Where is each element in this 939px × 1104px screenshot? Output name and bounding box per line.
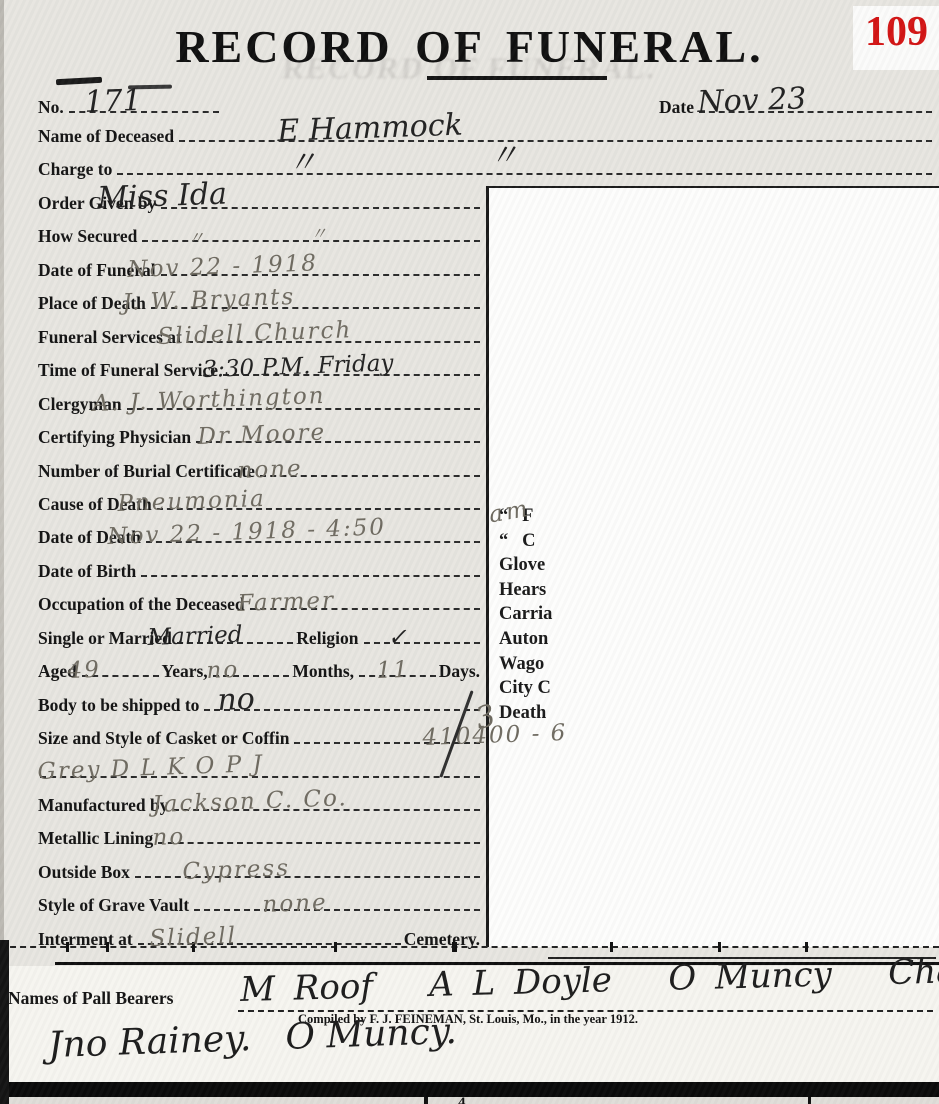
date-label: Date <box>659 99 697 119</box>
field-label: Metallic Lining <box>38 830 156 850</box>
form-row-2: Order Given byMiss Ida <box>38 184 483 214</box>
handwritten-value: Married <box>147 622 243 651</box>
field-label: Number of Burial Certificate <box>38 463 258 483</box>
handwritten-value: Cypress <box>182 855 290 885</box>
form-row-22: Outside BoxCypress <box>38 853 483 883</box>
dotted-rule <box>194 909 480 911</box>
form-row-14: Occupation of the DeceasedFarmer <box>38 585 483 615</box>
field-label: Outside Box <box>38 864 133 884</box>
right-column-overlay: “ F“ CGloveHearsCarriaAutonWagoCity CDea… <box>486 186 939 947</box>
handwritten-value: no <box>206 657 240 684</box>
next-page-edge-strip: 4. <box>0 1097 939 1104</box>
field-label: Charge to <box>38 161 115 181</box>
handwritten-value: A. J. Worthington <box>92 383 326 417</box>
no-label: No. <box>38 99 67 119</box>
field-label: Style of Grave Vault <box>38 897 192 917</box>
form-row-7: Time of Funeral Service3:30 P.M. Friday <box>38 351 483 381</box>
handwritten-value: Nov 22 - 1918 <box>127 250 318 283</box>
dotted-rule <box>117 173 932 175</box>
ruler-tick <box>805 942 808 952</box>
title-underline-rule <box>427 76 607 80</box>
scan-black-band <box>0 1082 939 1097</box>
form-row-9: Certifying PhysicianDr Moore <box>38 418 483 448</box>
form-row-23: Style of Grave Vaultnone <box>38 886 483 916</box>
right-column-partial-label: Glove <box>499 555 545 576</box>
ruler-tick <box>610 942 613 952</box>
field-label: Religion <box>296 630 361 650</box>
page-number: 109 <box>865 8 928 56</box>
dotted-rule <box>158 842 480 844</box>
field-label: Years, <box>162 663 211 683</box>
handwritten-value: 3:30 P.M. Friday <box>202 350 394 383</box>
scan-left-black-bar <box>0 940 9 1104</box>
handwritten-value: no <box>217 682 256 718</box>
field-label: Name of Deceased <box>38 128 177 148</box>
scanned-funeral-record-page: RECORD OF FUNERAL. RECORD OF FUNERAL. 10… <box>0 0 939 1104</box>
next-page-plate-number: 4. <box>458 1097 469 1104</box>
form-row-19: Grey D L K O P J <box>38 753 483 783</box>
form-row-8: ClergymanA. J. Worthington <box>38 385 483 415</box>
field-label: Months, <box>292 663 357 683</box>
handwritten-record-number: 171 <box>84 83 142 120</box>
form-row-6: Funeral Services atSlidell Church <box>38 318 483 348</box>
handwritten-value: Grey D L K O P J <box>37 751 264 785</box>
form-row-10: Number of Burial Certificatenone <box>38 452 483 482</box>
handwritten-value: Miss Ida <box>97 176 228 216</box>
form-row-4: Date of FuneralNov 22 - 1918 <box>38 251 483 281</box>
form-row-20: Manufactured byJackson C. Co. <box>38 786 483 816</box>
handwritten-value: 〃 〃 <box>286 130 519 182</box>
handwritten-value: Slidell Church <box>157 317 353 350</box>
edge-strip-tick <box>808 1097 811 1104</box>
edge-strip-tick <box>424 1097 428 1104</box>
handwritten-value: J. W. Bryants <box>122 284 296 316</box>
form-row-12: Date of DeathNov 22 - 1918 - 4:50 <box>38 518 483 548</box>
dotted-rule <box>141 575 480 577</box>
form-row-21: Metallic Liningno <box>38 819 483 849</box>
page-number-patch: 109 <box>853 6 939 70</box>
field-label: How Secured <box>38 228 140 248</box>
ruler-tick <box>452 942 457 952</box>
handwritten-record-date: Nov 23 <box>697 81 807 120</box>
form-row-18: Size and Style of Casket or Coffin410400… <box>38 719 483 749</box>
field-label: Certifying Physician <box>38 429 194 449</box>
handwritten-value: 11 <box>376 657 410 684</box>
form-row-1: Charge to〃 〃 <box>38 150 935 180</box>
pall-bearers-label: Names of Pall Bearers <box>8 988 173 1009</box>
field-label: Size and Style of Casket or Coffin <box>38 730 292 750</box>
handwritten-value: Farmer <box>237 588 335 617</box>
form-row-3: How Secured〃 〃 <box>38 217 483 247</box>
field-label: Body to be shipped to <box>38 697 202 717</box>
handwritten-value: Nov 22 - 1918 - 4:50 <box>107 514 386 550</box>
handwritten-value: Dr Moore <box>197 420 326 450</box>
handwritten-value: none <box>237 456 303 484</box>
ruler-tick <box>66 942 69 952</box>
field-label: Time of Funeral Service <box>38 362 221 382</box>
scan-left-edge-shading <box>0 0 4 1104</box>
ruler-tick <box>106 942 109 952</box>
pall-bearers-section: Names of Pall Bearers M Roof A L Doyle O… <box>0 966 939 1082</box>
handwritten-value: Pneumonia <box>117 486 266 517</box>
handwritten-value: no <box>152 824 186 851</box>
form-row-16: AgedYears,Months,Days.49no11 <box>38 652 483 682</box>
form-row-17: Body to be shipped tono <box>38 686 483 716</box>
right-column-partial-label: Hears <box>499 580 546 601</box>
field-label: Days. <box>439 663 483 683</box>
field-label: Occupation of the Deceased <box>38 596 248 616</box>
field-label: Date of Birth <box>38 563 139 583</box>
handwritten-value: none <box>262 890 328 918</box>
handwritten-value: ✓ <box>387 624 407 651</box>
ruler-tick <box>718 942 721 952</box>
right-column-partial-label: Wago <box>499 654 544 675</box>
ruler-tick <box>334 942 337 952</box>
handwritten-value: 〃 〃 <box>187 219 329 249</box>
right-column-partial-label: Auton <box>499 629 548 650</box>
right-column-partial-label: City C <box>499 678 551 699</box>
header-row: No. Date 171 Nov 23 <box>38 88 935 118</box>
right-column-partial-label: “ C <box>499 531 536 552</box>
page-title: RECORD OF FUNERAL. <box>0 20 939 73</box>
handwritten-pall-bearers-line2: Jno Rainey. O Muncy. <box>47 1011 457 1066</box>
form-row-15: Single or MarriedReligionMarried✓ <box>38 619 483 649</box>
handwritten-value: Slidell <box>149 923 237 952</box>
form-row-13: Date of Birth <box>38 552 483 582</box>
form-row-5: Place of DeathJ. W. Bryants <box>38 284 483 314</box>
handwritten-value: Jackson C. Co. <box>152 785 348 818</box>
handwritten-value: 49 <box>67 657 101 684</box>
form-row-11: Cause of DeathPneumonia <box>38 485 483 515</box>
right-column-partial-label: Carria <box>499 604 552 625</box>
dotted-rule <box>364 642 480 644</box>
